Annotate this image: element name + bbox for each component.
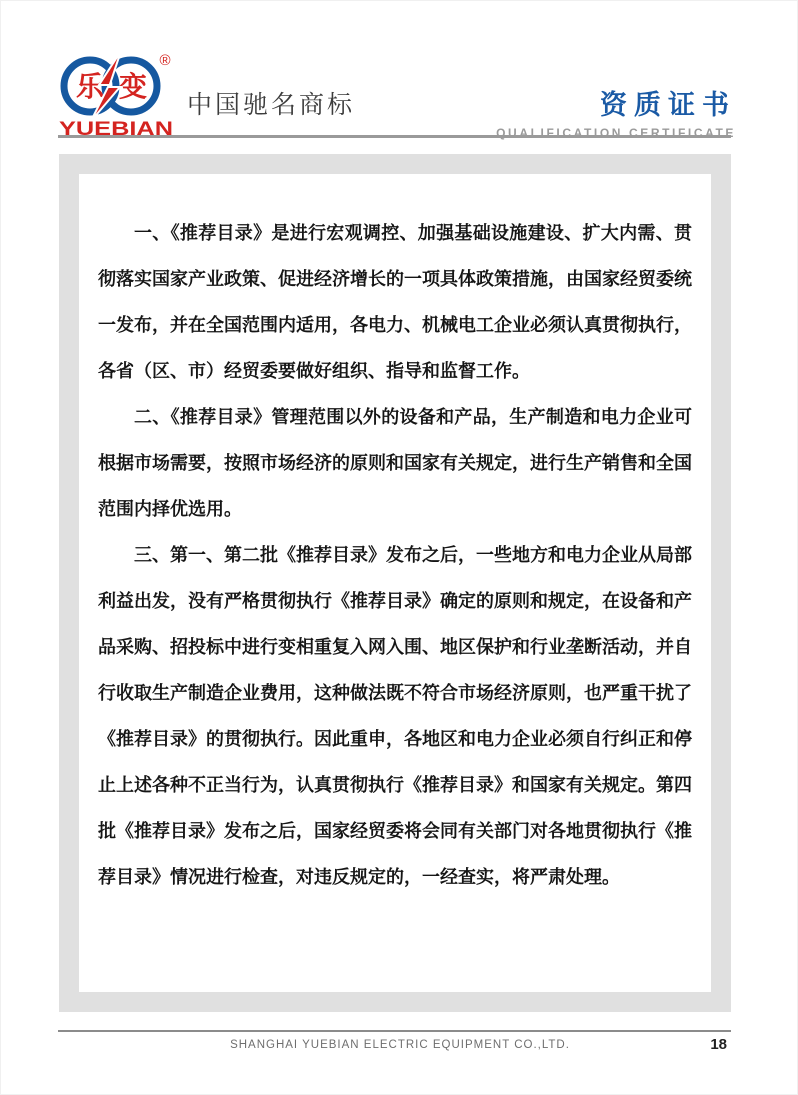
header-divider bbox=[58, 135, 731, 138]
certificate-header: 资质证书 QUALIFICATION CERTIFICATE bbox=[496, 83, 736, 140]
content-frame: 一、《推荐目录》是进行宏观调控、加强基础设施建设、扩大内需、贯彻落实国家产业政策… bbox=[59, 154, 731, 1012]
logo-char-right: 变 bbox=[119, 70, 147, 103]
footer-divider bbox=[58, 1030, 731, 1032]
company-logo: 乐 变 ® YUEBIAN bbox=[57, 51, 175, 139]
paragraph-2: 二、《推荐目录》管理范围以外的设备和产品，生产制造和电力企业可根据市场需要，按照… bbox=[98, 394, 692, 532]
document-page: 乐 变 ® YUEBIAN 中国驰名商标 资质证书 QUALIFICATION … bbox=[0, 0, 798, 1095]
document-paragraphs: 一、《推荐目录》是进行宏观调控、加强基础设施建设、扩大内需、贯彻落实国家产业政策… bbox=[79, 174, 711, 900]
registered-trademark-icon: ® bbox=[159, 52, 170, 69]
page-number: 18 bbox=[710, 1036, 727, 1053]
certificate-title: 资质证书 bbox=[496, 83, 736, 122]
trademark-title: 中国驰名商标 bbox=[187, 85, 355, 121]
paragraph-3: 三、第一、第二批《推荐目录》发布之后，一些地方和电力企业从局部利益出发，没有严格… bbox=[98, 532, 692, 900]
footer-company-name: SHANGHAI YUEBIAN ELECTRIC EQUIPMENT CO.,… bbox=[1, 1039, 798, 1051]
paragraph-1: 一、《推荐目录》是进行宏观调控、加强基础设施建设、扩大内需、贯彻落实国家产业政策… bbox=[98, 210, 692, 394]
logo-char-left: 乐 bbox=[76, 71, 105, 103]
yuebian-logo-icon: 乐 变 ® YUEBIAN bbox=[57, 51, 175, 139]
